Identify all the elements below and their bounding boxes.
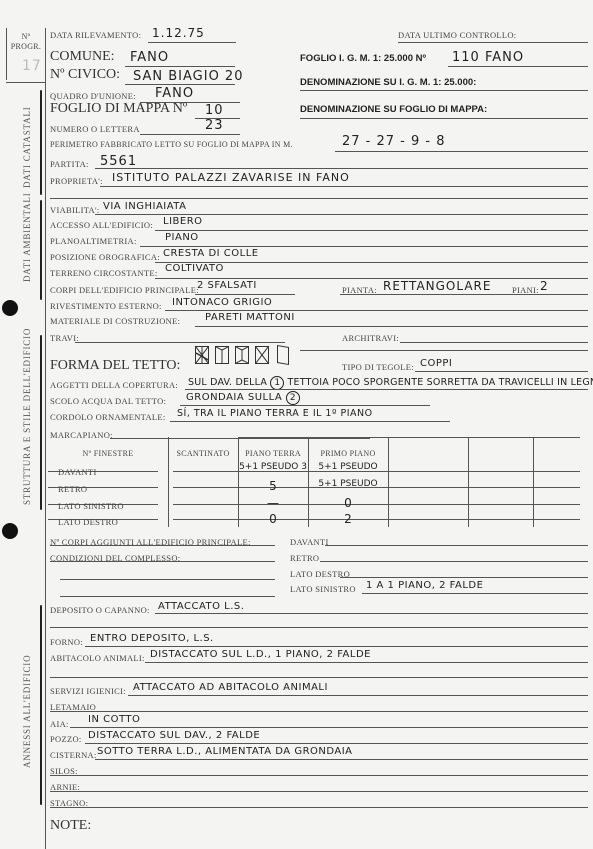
foglio-igm-line [448, 66, 588, 67]
aggetti-label: AGGETTI DELLA COPERTURA: [50, 380, 178, 390]
silos-line [50, 775, 588, 776]
binder-hole-top [2, 300, 18, 316]
numero-line [140, 134, 240, 135]
materiale-line [195, 326, 588, 327]
travi-line [75, 342, 285, 343]
corpi-line [195, 294, 295, 295]
partita-line [95, 168, 588, 169]
pianta-line [340, 294, 588, 295]
comune-value[interactable]: FANO [130, 50, 169, 65]
perimetro-line [335, 151, 588, 152]
aia-label: AIA: [50, 719, 69, 729]
table-col-divider [533, 437, 534, 527]
finestre-table: Nº FINESTRESCANTINATOPIANO TERRAPRIMO PI… [48, 437, 580, 532]
roof-hip-crossed-icon[interactable] [195, 346, 209, 364]
accesso-line [155, 230, 588, 231]
scolo-label: SCOLO ACQUA DAL TETTO: [50, 396, 166, 406]
table-header-2: PIANO TERRA [238, 449, 308, 458]
cordolo-label: CORDOLO ORNAMENTALE: [50, 412, 166, 422]
table-cell-piano-terra[interactable]: 5 [238, 479, 308, 493]
roof-hip-icon[interactable] [235, 346, 249, 364]
data-ultimo-controllo-label: DATA ULTIMO CONTROLLO: [398, 30, 516, 40]
section-label-catastali: DATI CATASTALI [22, 106, 32, 188]
table-cell-primo-piano[interactable]: 5+1 PSEUDO [308, 479, 388, 489]
rivestimento-value[interactable]: INTONACO GRIGIO [172, 297, 272, 308]
section-label-struttura: STRUTTURA E STILE DELL'EDIFICIO [22, 328, 32, 505]
cordolo-line [170, 421, 450, 422]
foglio-igm-label: FOGLIO I. G. M. 1: 25.000 Nº [300, 53, 426, 64]
abitacolo-value[interactable]: DISTACCATO SUL L.D., 1 PIANO, 2 FALDE [150, 649, 371, 660]
servizi-label: SERVIZI IGIENICI: [50, 686, 126, 696]
cisterna-line [95, 759, 588, 760]
progr-box-right [45, 28, 46, 246]
letamaio-line [50, 711, 588, 712]
proprieta-line-2 [50, 198, 588, 199]
corpi-lato-sinistro-value[interactable]: 1 A 1 PIANO, 2 FALDE [366, 580, 483, 591]
materiale-label: MATERIALE DI COSTRUZIONE: [50, 316, 180, 326]
pianta-value[interactable]: RETTANGOLARE [383, 279, 491, 293]
viabilita-value[interactable]: VIA INGHIAIATA [103, 201, 186, 212]
denom-igm-label: DENOMINAZIONE SU I. G. M. 1: 25.000: [300, 77, 476, 88]
comune-line [125, 66, 235, 67]
terreno-line [155, 278, 588, 279]
cisterna-label: CISTERNA: [50, 750, 97, 760]
corpi-aggiunti-line [50, 545, 275, 546]
numero-value[interactable]: 23 [205, 118, 224, 133]
table-header-3: PRIMO PIANO [308, 449, 388, 458]
proprieta-value[interactable]: ISTITUTO PALAZZI ZAVARISE IN FANO [112, 171, 350, 184]
corpi-lato-sinistro-label: LATO SINISTRO [290, 584, 356, 594]
plano-value[interactable]: PIANO [165, 232, 199, 243]
foglio-mappa-label: FOGLIO DI MAPPA Nº [50, 101, 187, 117]
cisterna-value[interactable]: SOTTO TERRA L.D., ALIMENTATA DA GRONDAIA [97, 746, 353, 757]
data-rilevamento-label: DATA RILEVAMENTO: [50, 30, 141, 40]
section-label-ambientali: DATI AMBIENTALI [22, 192, 32, 282]
partita-value[interactable]: 5561 [100, 154, 137, 169]
aia-line [70, 727, 588, 728]
posizione-label: POSIZIONE OROGRAFICA: [50, 252, 160, 262]
corpi-retro-label: RETRO [290, 553, 319, 563]
section-label-annessi: ANNESSI ALL'EDIFICIO [22, 655, 32, 768]
corpi-label: CORPI DELL'EDIFICIO PRINCIPALE: [50, 285, 199, 295]
n-progr-value: 17 [22, 58, 42, 74]
table-cell-primo-piano[interactable]: 5+1 PSEUDO [308, 462, 388, 472]
roof-pavilion-icon[interactable] [255, 346, 269, 364]
architravi-line [400, 342, 588, 343]
corpi-value[interactable]: 2 SFALSATI [197, 280, 257, 291]
table-top-line [238, 437, 580, 438]
civico-line [125, 84, 235, 85]
table-header-1: SCANTINATO [168, 449, 238, 458]
arnie-line [50, 791, 588, 792]
pozzo-value[interactable]: DISTACCATO SUL DAV., 2 FALDE [88, 730, 260, 741]
architravi-label: ARCHITRAVI: [342, 333, 399, 343]
deposito-line [155, 613, 588, 614]
tipo-tegole-value[interactable]: COPPI [420, 358, 452, 369]
plano-label: PLANOALTIMETRIA: [50, 236, 137, 246]
rivestimento-line [165, 310, 588, 311]
note-label: NOTE: [50, 818, 91, 834]
quadro-label: QUADRO D'UNIONE: [50, 91, 136, 101]
servizi-line [128, 695, 588, 696]
viabilita-line [95, 214, 588, 215]
data-rilevamento-line [148, 42, 236, 43]
aggetti-line [185, 389, 588, 390]
aggetti-value[interactable]: SUL DAV. DELLA 1 TETTOIA POCO SPORGENTE … [188, 376, 593, 390]
piani-value[interactable]: 2 [540, 279, 549, 293]
table-cell-primo-piano[interactable]: 2 [308, 512, 388, 526]
materiale-value[interactable]: PARETI MATTONI [205, 312, 295, 323]
table-cell-piano-terra[interactable]: 0 [238, 512, 308, 526]
deposito-value[interactable]: ATTACCATO L.S. [158, 601, 244, 612]
aia-value[interactable]: IN COTTO [88, 714, 140, 725]
table-row-label: RETRO [58, 484, 87, 494]
pozzo-line [85, 743, 588, 744]
civico-value[interactable]: SAN BIAGIO 20 [133, 69, 243, 84]
terreno-value[interactable]: COLTIVATO [165, 263, 224, 274]
plano-line [140, 246, 588, 247]
section-bracket-catastali [40, 90, 42, 195]
corpi-davanti-label: DAVANTI [290, 537, 329, 547]
abitacolo-label: ABITACOLO ANIMALI: [50, 653, 145, 663]
tipo-tegole-line [415, 371, 588, 372]
scolo-circle-marker: 2 [286, 391, 300, 405]
data-rilevamento-value[interactable]: 1.12.75 [152, 26, 205, 40]
aggetti-value-post: TETTOIA POCO SPORGENTE SORRETTA DA TRAVI… [288, 377, 593, 388]
cordolo-value[interactable]: SÍ, TRA IL PIANO TERRA E IL 1º PIANO [177, 408, 373, 419]
denom-igm-line [300, 90, 588, 91]
accesso-value[interactable]: LIBERO [163, 216, 203, 227]
accesso-label: ACCESSO ALL'EDIFICIO: [50, 220, 153, 230]
roof-shed-icon[interactable] [277, 345, 289, 365]
deposito-line-2 [50, 627, 588, 628]
table-cell-primo-piano[interactable]: 0 [308, 496, 388, 510]
scolo-value-pre: GRONDAIA SULLA [186, 392, 282, 403]
scolo-line [180, 405, 430, 406]
tetto-upper-line [300, 350, 588, 351]
form-left-border [45, 246, 46, 849]
abitacolo-line [145, 662, 588, 663]
denom-mappa-line [300, 118, 588, 119]
comune-label: COMUNE: [50, 49, 115, 65]
foglio-igm-value[interactable]: 110 FANO [452, 50, 524, 65]
condizioni-line-3 [60, 596, 275, 597]
section-bracket-ambientali [40, 200, 42, 300]
proprieta-label: PROPRIETA': [50, 176, 103, 186]
numero-label: NUMERO o LETTERA [50, 124, 140, 134]
table-row-label: LATO DESTRO [58, 517, 118, 527]
n-progr-label: Nº PROGR. [9, 32, 43, 52]
corpi-davanti-line [325, 545, 588, 546]
table-col-divider [468, 437, 469, 527]
roof-gable-icon[interactable] [215, 346, 229, 364]
rivestimento-label: RIVESTIMENTO ESTERNO: [50, 301, 162, 311]
foglio-mappa-value[interactable]: 10 [205, 103, 224, 118]
abitacolo-line-2 [50, 677, 588, 678]
proprieta-line [100, 186, 588, 187]
viabilita-label: VIABILITA': [50, 205, 99, 215]
servizi-value[interactable]: ATTACCATO AD ABITACOLO ANIMALI [133, 682, 328, 693]
binder-hole-middle [2, 523, 18, 539]
condizioni-line-2 [60, 579, 275, 580]
denom-mappa-label: DENOMINAZIONE SU FOGLIO DI MAPPA: [300, 104, 487, 115]
civico-label: Nº CIVICO: [50, 67, 120, 83]
tipo-tegole-label: TIPO DI TEGOLE: [342, 362, 414, 372]
quadro-value[interactable]: FANO [155, 86, 194, 101]
section-bracket-annessi [40, 605, 42, 805]
aggetti-value-pre: SUL DAV. DELLA [188, 377, 267, 388]
section-bracket-struttura [40, 335, 42, 510]
data-ultimo-controllo-line [398, 42, 588, 43]
forma-tetto-label: FORMA DEL TETTO: [50, 358, 180, 374]
perimetro-label: PERIMETRO FABBRICATO LETTO SU FOGLIO DI … [50, 140, 293, 149]
forno-line [85, 646, 588, 647]
deposito-label: DEPOSITO o CAPANNO: [50, 605, 150, 615]
aggetti-circle-marker: 1 [270, 376, 284, 390]
corpi-retro-line [320, 561, 588, 562]
partita-label: PARTITA: [50, 159, 89, 169]
table-cell-piano-terra[interactable]: 5+1 PSEUDO 3 [238, 462, 308, 472]
pozzo-label: POZZO: [50, 734, 82, 744]
stagno-line [50, 807, 588, 808]
posizione-value[interactable]: CRESTA DI COLLE [163, 248, 259, 259]
scolo-value[interactable]: GRONDAIA SULLA 2 [186, 391, 300, 405]
progr-box-left [6, 28, 7, 80]
forno-value[interactable]: ENTRO DEPOSITO, L.S. [90, 633, 214, 644]
corpi-lato-destro-line [340, 577, 588, 578]
progr-box-bottom [6, 82, 46, 83]
condizioni-line [50, 561, 275, 562]
perimetro-value[interactable]: 27 - 27 - 9 - 8 [342, 134, 446, 149]
corpi-lato-sinistro-line [362, 593, 588, 594]
table-cell-piano-terra[interactable]: — [238, 496, 308, 510]
table-header-0: Nº FINESTRE [48, 449, 168, 458]
forno-label: FORNO: [50, 637, 83, 647]
table-row-label: DAVANTI [58, 467, 97, 477]
table-row-label: LATO SINISTRO [58, 501, 124, 511]
table-col-divider [388, 437, 389, 527]
terreno-label: TERRENO CIRCOSTANTE: [50, 268, 158, 278]
